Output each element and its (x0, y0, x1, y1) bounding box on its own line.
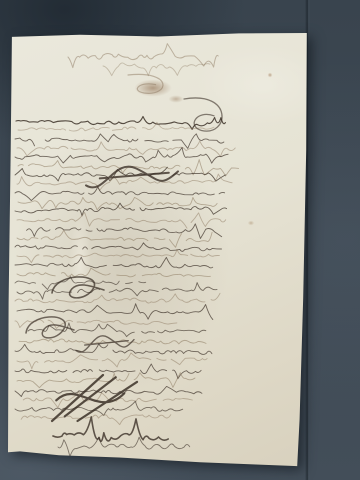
manuscript-page (8, 33, 308, 467)
paper-shadow-wrap (0, 0, 360, 480)
handwriting-ink (8, 33, 308, 467)
photo-backdrop (0, 0, 360, 480)
